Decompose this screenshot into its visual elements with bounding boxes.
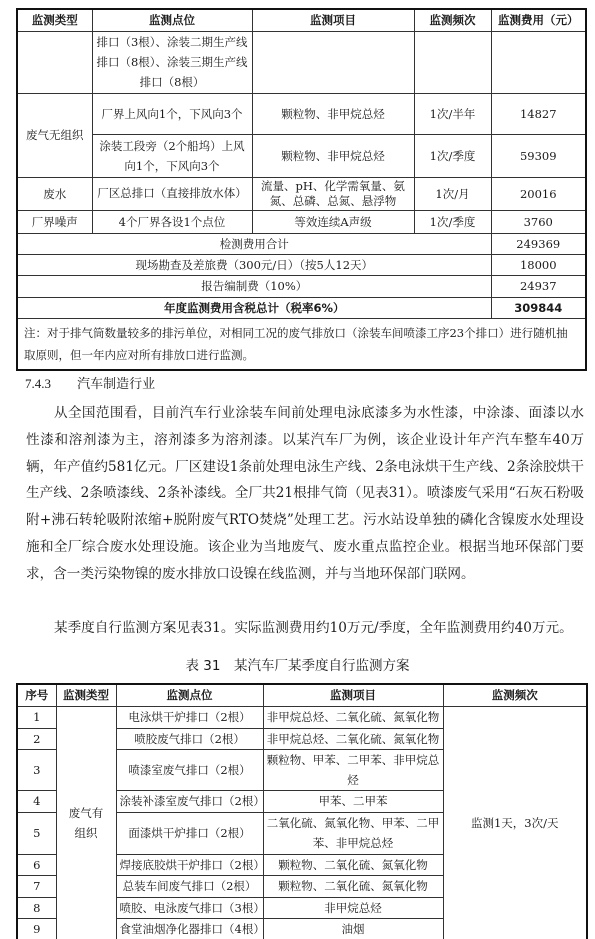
items-cell — [252, 31, 414, 93]
location-cell: 电泳烘干炉排口（2根） — [116, 706, 263, 728]
no-cell: 3 — [17, 749, 56, 790]
no-cell: 4 — [17, 790, 56, 812]
table-header-row: 监测类型 监测点位 监测项目 监测频次 监测费用（元） — [17, 9, 586, 31]
body-paragraph: 某季度自行监测方案见表31。实际监测费用约10万元/季度，全年监测费用约40万元… — [26, 615, 584, 642]
items-cell: 非甲烷总烃 — [263, 897, 443, 918]
note-row: 注：对于排气筒数量较多的排污单位，对相同工况的废气排放口（涂装车间喷漆工序23个… — [17, 318, 586, 370]
no-cell: 8 — [17, 897, 56, 918]
summary-value: 249369 — [491, 233, 586, 254]
location-cell: 涂装补漆室废气排口（2根） — [116, 790, 263, 812]
frequency-cell: 监测1天，3次/天 — [443, 706, 587, 939]
table-row: 废水 厂区总排口（直接排放水体） 流量、pH、化学需氧量、氨氮、总磷、总氮、悬浮… — [17, 177, 586, 210]
items-cell: 非甲烷总烃、二氧化硫、氮氧化物 — [263, 728, 443, 749]
no-cell: 2 — [17, 728, 56, 749]
items-cell: 二氧化硫、氮氧化物、甲苯、二甲苯、非甲烷总烃 — [263, 812, 443, 854]
summary-value: 18000 — [491, 254, 586, 275]
table-row: 排口（3根）、涂装二期生产线排口（8根）、涂装三期生产线排口（8根） — [17, 31, 586, 93]
header-cell: 监测频次 — [414, 9, 491, 31]
cost-cell: 14827 — [491, 93, 586, 134]
location-cell: 厂区总排口（直接排放水体） — [92, 177, 252, 210]
type-cell: 废气有组织 — [56, 706, 116, 939]
table-header-row: 序号 监测类型 监测点位 监测项目 监测频次 — [17, 684, 587, 706]
monitoring-cost-table: 监测类型 监测点位 监测项目 监测频次 监测费用（元） 排口（3根）、涂装二期生… — [16, 8, 587, 371]
header-cell: 监测费用（元） — [491, 9, 586, 31]
total-label: 年度监测费用含税总计（税率6%） — [17, 297, 491, 318]
items-cell: 颗粒物、甲苯、二甲苯、非甲烷总烃 — [263, 749, 443, 790]
table-row: 1 废气有组织 电泳烘干炉排口（2根） 非甲烷总烃、二氧化硫、氮氧化物 监测1天… — [17, 706, 587, 728]
monitoring-plan-table: 序号 监测类型 监测点位 监测项目 监测频次 1 废气有组织 电泳烘干炉排口（2… — [16, 683, 588, 939]
header-cell: 序号 — [17, 684, 56, 706]
items-cell: 油烟 — [263, 918, 443, 939]
summary-label: 检测费用合计 — [17, 233, 491, 254]
summary-value: 24937 — [491, 275, 586, 297]
location-cell: 总装车间废气排口（2根） — [116, 875, 263, 897]
cost-cell: 59309 — [491, 134, 586, 177]
total-value: 309844 — [491, 297, 586, 318]
location-cell: 厂界上风向1个，下风向3个 — [92, 93, 252, 134]
cost-cell: 3760 — [491, 210, 586, 233]
items-cell: 流量、pH、化学需氧量、氨氮、总磷、总氮、悬浮物 — [252, 177, 414, 210]
items-cell: 甲苯、二甲苯 — [263, 790, 443, 812]
type-cell: 厂界噪声 — [17, 210, 92, 233]
header-cell: 监测频次 — [443, 684, 587, 706]
no-cell: 5 — [17, 812, 56, 854]
items-cell: 颗粒物、二氧化硫、氮氧化物 — [263, 875, 443, 897]
header-cell: 监测类型 — [17, 9, 92, 31]
items-cell: 等效连续A声级 — [252, 210, 414, 233]
items-cell: 颗粒物、二氧化硫、氮氧化物 — [263, 854, 443, 875]
header-cell: 监测点位 — [92, 9, 252, 31]
items-cell: 非甲烷总烃、二氧化硫、氮氧化物 — [263, 706, 443, 728]
body-paragraph: 从全国范围看，目前汽车行业涂装车间前处理电泳底漆多为水性漆，中涂漆、面漆以水性漆… — [26, 400, 584, 588]
items-cell: 颗粒物、非甲烷总烃 — [252, 134, 414, 177]
frequency-cell: 1次/季度 — [414, 134, 491, 177]
location-cell: 食堂油烟净化器排口（4根） — [116, 918, 263, 939]
no-cell: 1 — [17, 706, 56, 728]
items-cell: 颗粒物、非甲烷总烃 — [252, 93, 414, 134]
type-cell: 废水 — [17, 177, 92, 210]
table-row: 废气无组织 厂界上风向1个，下风向3个 颗粒物、非甲烷总烃 1次/半年 1482… — [17, 93, 586, 134]
header-cell: 监测类型 — [56, 684, 116, 706]
header-cell: 监测点位 — [116, 684, 263, 706]
location-cell: 4个厂界各设1个点位 — [92, 210, 252, 233]
summary-label: 报告编制费（10%） — [17, 275, 491, 297]
table-row: 涂装工段旁（2个船坞）上风向1个，下风向3个 颗粒物、非甲烷总烃 1次/季度 5… — [17, 134, 586, 177]
location-cell: 喷胶废气排口（2根） — [116, 728, 263, 749]
section-title: 汽车制造行业 — [77, 377, 155, 392]
cost-cell — [491, 31, 586, 93]
type-cell — [17, 31, 92, 93]
location-cell: 涂装工段旁（2个船坞）上风向1个，下风向3个 — [92, 134, 252, 177]
location-cell: 排口（3根）、涂装二期生产线排口（8根）、涂装三期生产线排口（8根） — [92, 31, 252, 93]
cost-cell: 20016 — [491, 177, 586, 210]
table-note: 注：对于排气筒数量较多的排污单位，对相同工况的废气排放口（涂装车间喷漆工序23个… — [17, 318, 586, 370]
location-cell: 焊接底胶烘干炉排口（2根） — [116, 854, 263, 875]
table-caption: 表 31 某汽车厂某季度自行监测方案 — [0, 654, 595, 674]
header-cell: 监测项目 — [252, 9, 414, 31]
summary-row: 报告编制费（10%） 24937 — [17, 275, 586, 297]
header-cell: 监测项目 — [263, 684, 443, 706]
section-number: 7.4.3 — [25, 376, 73, 392]
total-row: 年度监测费用含税总计（税率6%） 309844 — [17, 297, 586, 318]
location-cell: 面漆烘干炉排口（2根） — [116, 812, 263, 854]
frequency-cell: 1次/月 — [414, 177, 491, 210]
frequency-cell — [414, 31, 491, 93]
summary-row: 现场勘查及差旅费（300元/日）（按5人12天） 18000 — [17, 254, 586, 275]
location-cell: 喷胶、电泳废气排口（3根） — [116, 897, 263, 918]
frequency-cell: 1次/季度 — [414, 210, 491, 233]
no-cell: 7 — [17, 875, 56, 897]
summary-label: 现场勘查及差旅费（300元/日）（按5人12天） — [17, 254, 491, 275]
frequency-cell: 1次/半年 — [414, 93, 491, 134]
no-cell: 6 — [17, 854, 56, 875]
type-cell: 废气无组织 — [17, 93, 92, 177]
location-cell: 喷漆室废气排口（2根） — [116, 749, 263, 790]
table-row: 厂界噪声 4个厂界各设1个点位 等效连续A声级 1次/季度 3760 — [17, 210, 586, 233]
no-cell: 9 — [17, 918, 56, 939]
summary-row: 检测费用合计 249369 — [17, 233, 586, 254]
section-heading: 7.4.3 汽车制造行业 — [25, 373, 155, 392]
